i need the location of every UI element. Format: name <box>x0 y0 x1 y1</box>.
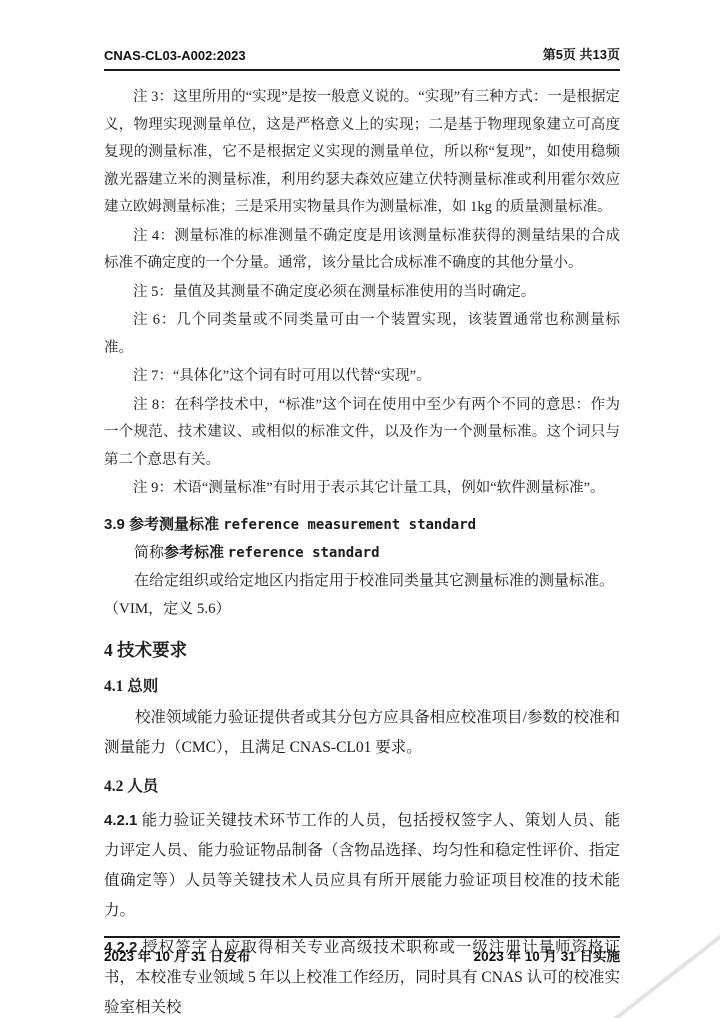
note-9-paragraph: 注 9：术语“测量标准”有时用于表示其它计量工具，例如“软件测量标准”。 <box>104 475 620 503</box>
note-8-paragraph: 注 8：在科学技术中，“标准”这个词在使用中至少有两个不同的意思：作为一个规范、… <box>104 392 620 475</box>
release-date: 2023 年 10 月 31 日发布 <box>104 945 250 965</box>
section-4-1-heading: 4.1 总则 <box>104 675 620 699</box>
note-6-paragraph: 注 6：几个同类量或不同类量可由一个装置实现，该装置通常也称测量标准。 <box>104 307 620 362</box>
implementation-date: 2023 年 10 月 31 日实施 <box>474 945 620 965</box>
section-3-9-title-en: reference measurement standard <box>223 517 476 533</box>
section-3-9-title-zh: 参考测量标准 <box>129 517 219 533</box>
section-3-9: 3.9 参考测量标准 reference measurement standar… <box>104 511 620 623</box>
section-3-9-alias: 简称参考标准 reference standard <box>104 539 620 567</box>
page-header: CNAS-CL03-A002:2023 第5页 共13页 <box>104 44 620 71</box>
section-3-9-definition: 在给定组织或给定地区内指定用于校准同类量其它测量标准的测量标准。 <box>104 567 620 595</box>
page-footer: 2023 年 10 月 31 日发布 2023 年 10 月 31 日实施 <box>104 936 620 965</box>
section-3-9-heading: 3.9 参考测量标准 reference measurement standar… <box>104 511 620 539</box>
doc-code: CNAS-CL03-A002:2023 <box>104 48 246 63</box>
section-4-1-body: 校准领域能力验证提供者或其分包方应具备相应校准项目/参数的校准和测量能力（CMC… <box>104 703 620 763</box>
section-3-9-number: 3.9 <box>104 516 125 533</box>
alias-en: reference standard <box>228 545 380 561</box>
note-7-paragraph: 注 7：“具体化”这个词有时可用以代替“实现”。 <box>104 363 620 391</box>
section-4-heading-text: 4 技术要求 <box>104 640 187 660</box>
section-4-2-heading: 4.2 人员 <box>104 775 620 799</box>
clause-4-2-1-text: 能力验证关键技术环节工作的人员，包括授权签字人、策划人员、能力评定人员、能力验证… <box>104 812 620 919</box>
section-4-2-heading-text: 4.2 人员 <box>104 778 158 795</box>
note-5-paragraph: 注 5：量值及其测量不确定度必须在测量标准使用的当时确定。 <box>104 279 620 307</box>
section-4-heading: 4 技术要求 <box>104 637 620 663</box>
page-number-info: 第5页 共13页 <box>543 44 620 63</box>
clause-4-2-1: 4.2.1 能力验证关键技术环节工作的人员，包括授权签字人、策划人员、能力评定人… <box>104 806 620 926</box>
document-body: 注 3：这里所用的“实现”是按一般意义说的。“实现”有三种方式：一是根据定义，物… <box>104 84 620 1018</box>
watermark-diagonal-mark <box>610 928 720 1018</box>
note-3-paragraph: 注 3：这里所用的“实现”是按一般意义说的。“实现”有三种方式：一是根据定义，物… <box>104 84 620 222</box>
note-4-paragraph: 注 4：测量标准的标准测量不确定度是用该测量标准获得的测量结果的合成标准不确定度… <box>104 223 620 278</box>
document-page: CNAS-CL03-A002:2023 第5页 共13页 注 3：这里所用的“实… <box>0 0 720 1018</box>
section-3-9-vim-reference: （VIM，定义 5.6） <box>104 595 620 623</box>
alias-zh: 参考标准 <box>164 545 224 561</box>
section-4-1-heading-text: 4.1 总则 <box>104 678 158 695</box>
clause-4-2-1-number: 4.2.1 <box>104 812 137 829</box>
alias-prefix: 简称 <box>134 545 164 561</box>
